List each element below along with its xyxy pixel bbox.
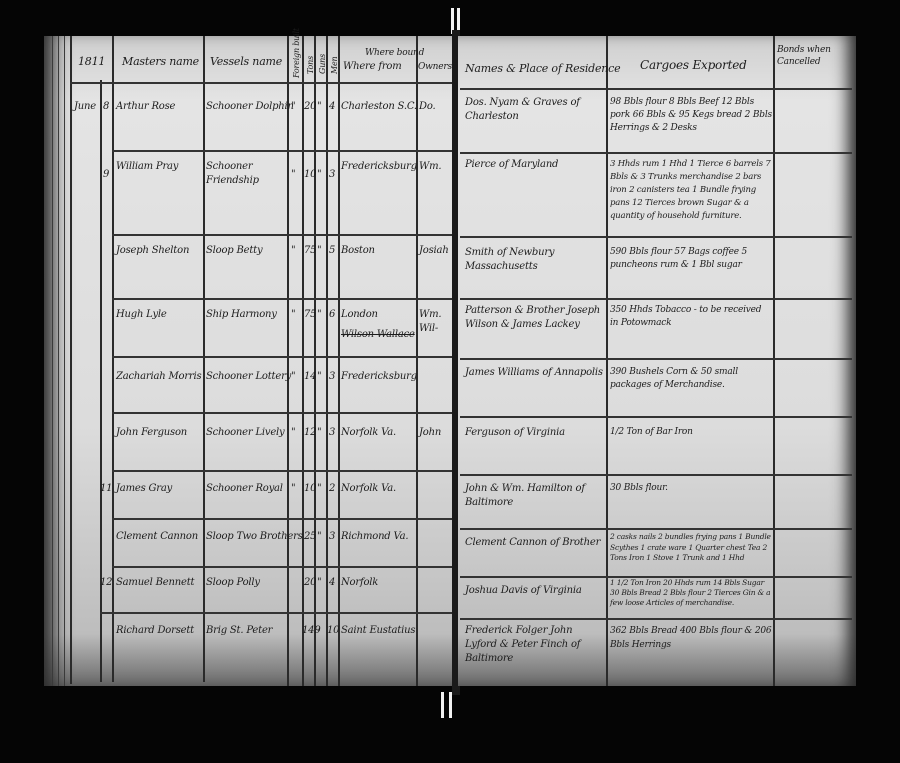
header-vessels-name: Vessels name [210, 55, 282, 69]
column-rule [416, 36, 418, 686]
row-owners: Do. [419, 100, 435, 114]
row-rule [460, 298, 852, 300]
row-names: James Williams of Annapolis [465, 366, 605, 380]
row-names: Patterson & Brother Joseph Wilson & Jame… [465, 304, 605, 332]
row-tons: 10 [304, 168, 316, 182]
row-men: 4 [329, 576, 335, 590]
row-rule [460, 236, 852, 238]
row-where: Norfolk Va. [341, 482, 396, 496]
row-cargo: 98 Bbls flour 8 Bbls Beef 12 Bbls pork 6… [610, 96, 772, 135]
row-owners: Wm. [419, 160, 441, 174]
row-built: " [291, 308, 295, 322]
row-day: 8 [103, 100, 109, 114]
row-men: 3 [329, 530, 335, 544]
row-tons: 75 [304, 244, 316, 258]
row-names: Dos. Nyam & Graves of Charleston [465, 96, 605, 124]
row-where: Fredericksburg [341, 160, 417, 174]
row-men: 3 [329, 168, 335, 182]
row-where-struck: Wilson Wallace [341, 328, 415, 342]
row-where: Norfolk Va. [341, 426, 396, 440]
row-vessel: Sloop Two Brothers [206, 530, 303, 544]
column-rule [773, 36, 775, 686]
row-vessel: Brig St. Peter [206, 624, 272, 638]
row-guns: " [317, 244, 321, 258]
row-rule [112, 298, 453, 300]
row-master: Joseph Shelton [116, 244, 189, 258]
scanned-ledger: 1811 Masters name Vessels name Foreign b… [0, 0, 900, 763]
row-owners: Wm. Wil- [419, 308, 453, 336]
row-master: William Pray [116, 160, 178, 174]
row-vessel: Schooner Dolphin [206, 100, 294, 114]
page-edge [52, 36, 53, 686]
row-day: 11 [100, 482, 112, 496]
row-cargo: 350 Hhds Tobacco - to be received in Pot… [610, 304, 772, 330]
row-names: John & Wm. Hamilton of Baltimore [465, 482, 605, 510]
row-cargo: 390 Bushels Corn & 50 small packages of … [610, 366, 772, 392]
header-where-from: Where from [343, 60, 402, 74]
row-built: " [291, 426, 295, 440]
row-vessel: Schooner Lottery [206, 370, 291, 384]
row-built: " [291, 370, 295, 384]
row-men: 3 [329, 426, 335, 440]
registration-mark-bottom-left [441, 692, 444, 718]
page-edge [58, 36, 59, 686]
column-rule [100, 80, 102, 682]
row-rule [460, 618, 852, 620]
row-vessel: Ship Harmony [206, 308, 277, 322]
row-names: Frederick Folger John Lyford & Peter Fin… [465, 624, 605, 666]
row-rule [100, 612, 453, 614]
row-rule [460, 474, 852, 476]
page-edge [64, 36, 65, 686]
row-master: Clement Cannon [116, 530, 198, 544]
header-where-bound: Where bound [365, 46, 424, 60]
row-guns: - [317, 624, 320, 638]
row-master: Arthur Rose [116, 100, 175, 114]
row-cargo: 590 Bbls flour 57 Bags coffee 5 puncheon… [610, 246, 772, 272]
row-master: John Ferguson [116, 426, 187, 440]
row-men: 10 [327, 624, 339, 638]
row-names: Clement Cannon of Brother [465, 536, 605, 550]
column-rule [70, 36, 72, 684]
row-men: 3 [329, 370, 335, 384]
row-owners: John [419, 426, 441, 440]
header-foreign-built: Foreign built [290, 28, 304, 78]
header-bonds-cancelled: Bonds when Cancelled [777, 44, 851, 68]
row-tons: 75 [304, 308, 316, 322]
row-tons: 20 [304, 576, 316, 590]
row-owners: Josiah [419, 244, 449, 258]
row-where: Boston [341, 244, 375, 258]
row-cargo: 3 Hhds rum 1 Hhd 1 Tierce 6 barrels 7 Bb… [610, 158, 772, 223]
row-guns: " [317, 168, 321, 182]
row-vessel: Schooner Lively [206, 426, 285, 440]
row-master: Samuel Bennett [116, 576, 194, 590]
row-where: Norfolk [341, 576, 378, 590]
row-cargo: 1/2 Ton of Bar Iron [610, 426, 772, 439]
row-guns: " [317, 530, 321, 544]
header-year: 1811 [78, 55, 105, 69]
column-rule [338, 36, 340, 686]
row-guns: " [317, 308, 321, 322]
row-names: Ferguson of Virginia [465, 426, 605, 440]
row-day: 9 [103, 168, 109, 182]
row-day: 12 [100, 576, 112, 590]
row-cargo: 362 Bbls Bread 400 Bbls flour & 206 Bbls… [610, 624, 772, 652]
row-where: London [341, 308, 378, 322]
row-rule [112, 356, 453, 358]
row-where: Fredericksburg [341, 370, 417, 384]
row-guns: " [317, 370, 321, 384]
row-where: Charleston S.C. [341, 100, 417, 114]
row-rule [112, 412, 453, 414]
row-rule [112, 470, 453, 472]
row-vessel: Schooner Friendship [206, 160, 286, 188]
header-owners: Owners [418, 60, 452, 74]
row-tons: 25 [304, 530, 316, 544]
row-where: Richmond Va. [341, 530, 408, 544]
row-vessel: Schooner Royal [206, 482, 283, 496]
row-rule [460, 152, 852, 154]
row-rule [460, 416, 852, 418]
row-tons: 12 [304, 426, 316, 440]
row-built: " [291, 482, 295, 496]
row-men: 4 [329, 100, 335, 114]
row-rule [112, 234, 453, 236]
row-rule [112, 150, 453, 152]
header-masters-name: Masters name [122, 55, 199, 69]
row-tons: 14 [304, 370, 316, 384]
row-vessel: Sloop Polly [206, 576, 260, 590]
registration-mark-bottom-right [449, 692, 452, 718]
row-men: 5 [329, 244, 335, 258]
row-names: Pierce of Maryland [465, 158, 605, 172]
row-built: " [291, 244, 295, 258]
column-rule [287, 36, 289, 686]
row-rule [460, 358, 852, 360]
row-rule [460, 528, 852, 530]
row-cargo: 30 Bbls flour. [610, 482, 772, 495]
row-where: Saint Eustatius [341, 624, 415, 638]
row-master: James Gray [116, 482, 172, 496]
row-cargo: 1 1/2 Ton Iron 20 Hhds rum 14 Bbls Sugar… [610, 578, 772, 608]
row-names: Smith of Newbury Massachusetts [465, 246, 605, 274]
column-rule [203, 36, 205, 682]
row-master: Zachariah Morris [116, 370, 201, 384]
header-men: Men [328, 57, 342, 74]
row-month: June [74, 100, 96, 114]
row-built: " [291, 100, 295, 114]
row-guns: " [317, 576, 321, 590]
row-rule [112, 518, 453, 520]
row-men: 6 [329, 308, 335, 322]
row-tons: 10 [304, 482, 316, 496]
header-names-residence: Names & Place of Residence [465, 62, 620, 76]
row-vessel: Sloop Betty [206, 244, 262, 258]
row-guns: " [317, 482, 321, 496]
row-cargo: 2 casks nails 2 bundles frying pans 1 Bu… [610, 532, 772, 564]
row-guns: " [317, 426, 321, 440]
row-tons: 20 [304, 100, 316, 114]
row-built: " [291, 168, 295, 182]
column-rule [606, 36, 608, 686]
header-rule [460, 88, 852, 90]
header-rule [70, 82, 453, 84]
row-guns: " [317, 100, 321, 114]
header-cargoes-exported: Cargoes Exported [640, 58, 747, 72]
row-rule [112, 566, 453, 568]
row-men: 2 [329, 482, 335, 496]
row-master: Richard Dorsett [116, 624, 194, 638]
column-rule [326, 36, 328, 686]
row-master: Hugh Lyle [116, 308, 167, 322]
row-names: Joshua Davis of Virginia [465, 584, 605, 598]
